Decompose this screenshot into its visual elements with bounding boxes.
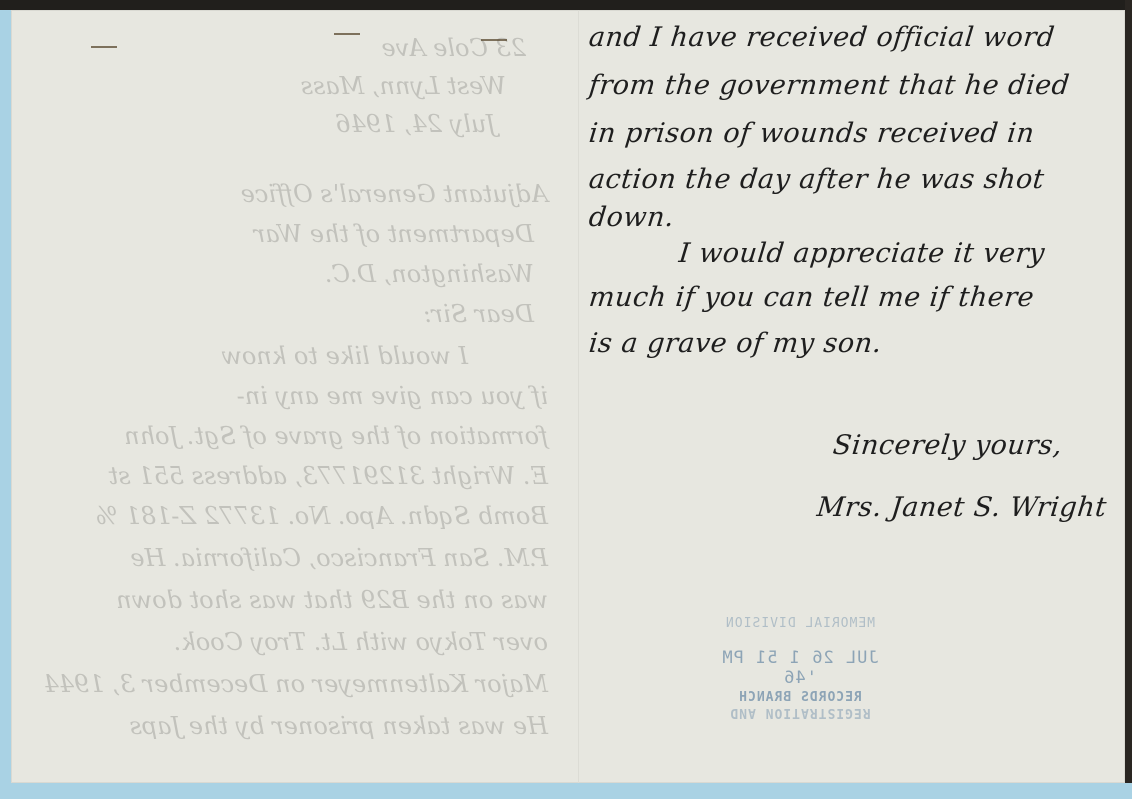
letter-line: action the day after he was shot — [587, 164, 1046, 195]
bleed-line: if you can give me any in- — [237, 382, 548, 410]
page-fold — [578, 10, 579, 783]
letter-line: in prison of wounds received in — [587, 118, 1036, 149]
bleed-line: P.M. San Francisco, California. He — [130, 544, 548, 572]
stamp-date: JUL 26 1 51 PM '46 — [700, 648, 900, 688]
letter-line: down. — [587, 202, 675, 233]
bleed-line: I would like to know — [221, 342, 468, 370]
ink-mark — [481, 39, 507, 41]
bleed-line: Dear Sir: — [423, 300, 534, 328]
letter-closing: Sincerely yours, — [831, 430, 1063, 461]
stamp-line: RECORDS BRANCH — [700, 690, 900, 705]
bleed-line: July 24, 1946 — [335, 110, 496, 138]
bleed-line: West Lynn, Mass — [301, 72, 506, 100]
ink-mark — [334, 33, 360, 35]
scanner-top-edge — [0, 0, 1132, 10]
bleed-line: He was taken prisoner by the Japs — [130, 712, 548, 740]
bleed-line: Bomb Sqdn. Apo. No. 13772 Z-181 % — [95, 502, 548, 530]
received-stamp: MEMORIAL DIVISION JUL 26 1 51 PM '46 REC… — [700, 612, 900, 727]
scanner-right-edge — [1125, 0, 1132, 783]
bleed-line: Department of the War — [254, 220, 534, 248]
stamp-line: MEMORIAL DIVISION — [700, 616, 900, 631]
bleed-line: over Tokyo with Lt. Troy Cook. — [174, 628, 548, 656]
bleed-line: Major Kaltenmeyer on December 3, 1944 — [43, 670, 548, 698]
bleed-line: Washington, D.C. — [325, 260, 534, 288]
letter-line: I would appreciate it very — [677, 238, 1046, 269]
bleed-line: formation of the grave of Sgt. John — [124, 422, 548, 450]
bleed-line: E. Wright 31291773, address 551 st — [109, 462, 548, 490]
letter-line: is a grave of my son. — [587, 328, 883, 359]
letter-line: from the government that he died — [587, 70, 1071, 101]
letter-signature: Mrs. Janet S. Wright — [815, 492, 1108, 523]
bleed-line: was on the B29 that was shot down — [116, 586, 548, 614]
ink-mark — [91, 46, 117, 48]
stamp-line: REGISTRATION AND — [700, 705, 900, 720]
letter-paper: 23 Cole Ave West Lynn, Mass July 24, 194… — [11, 10, 1125, 783]
bleed-line: Adjutant General's Office — [241, 180, 548, 208]
left-page-bleedthrough: 23 Cole Ave West Lynn, Mass July 24, 194… — [11, 10, 578, 783]
letter-line: much if you can tell me if there — [587, 282, 1035, 313]
letter-line: and I have received official word — [587, 22, 1056, 53]
